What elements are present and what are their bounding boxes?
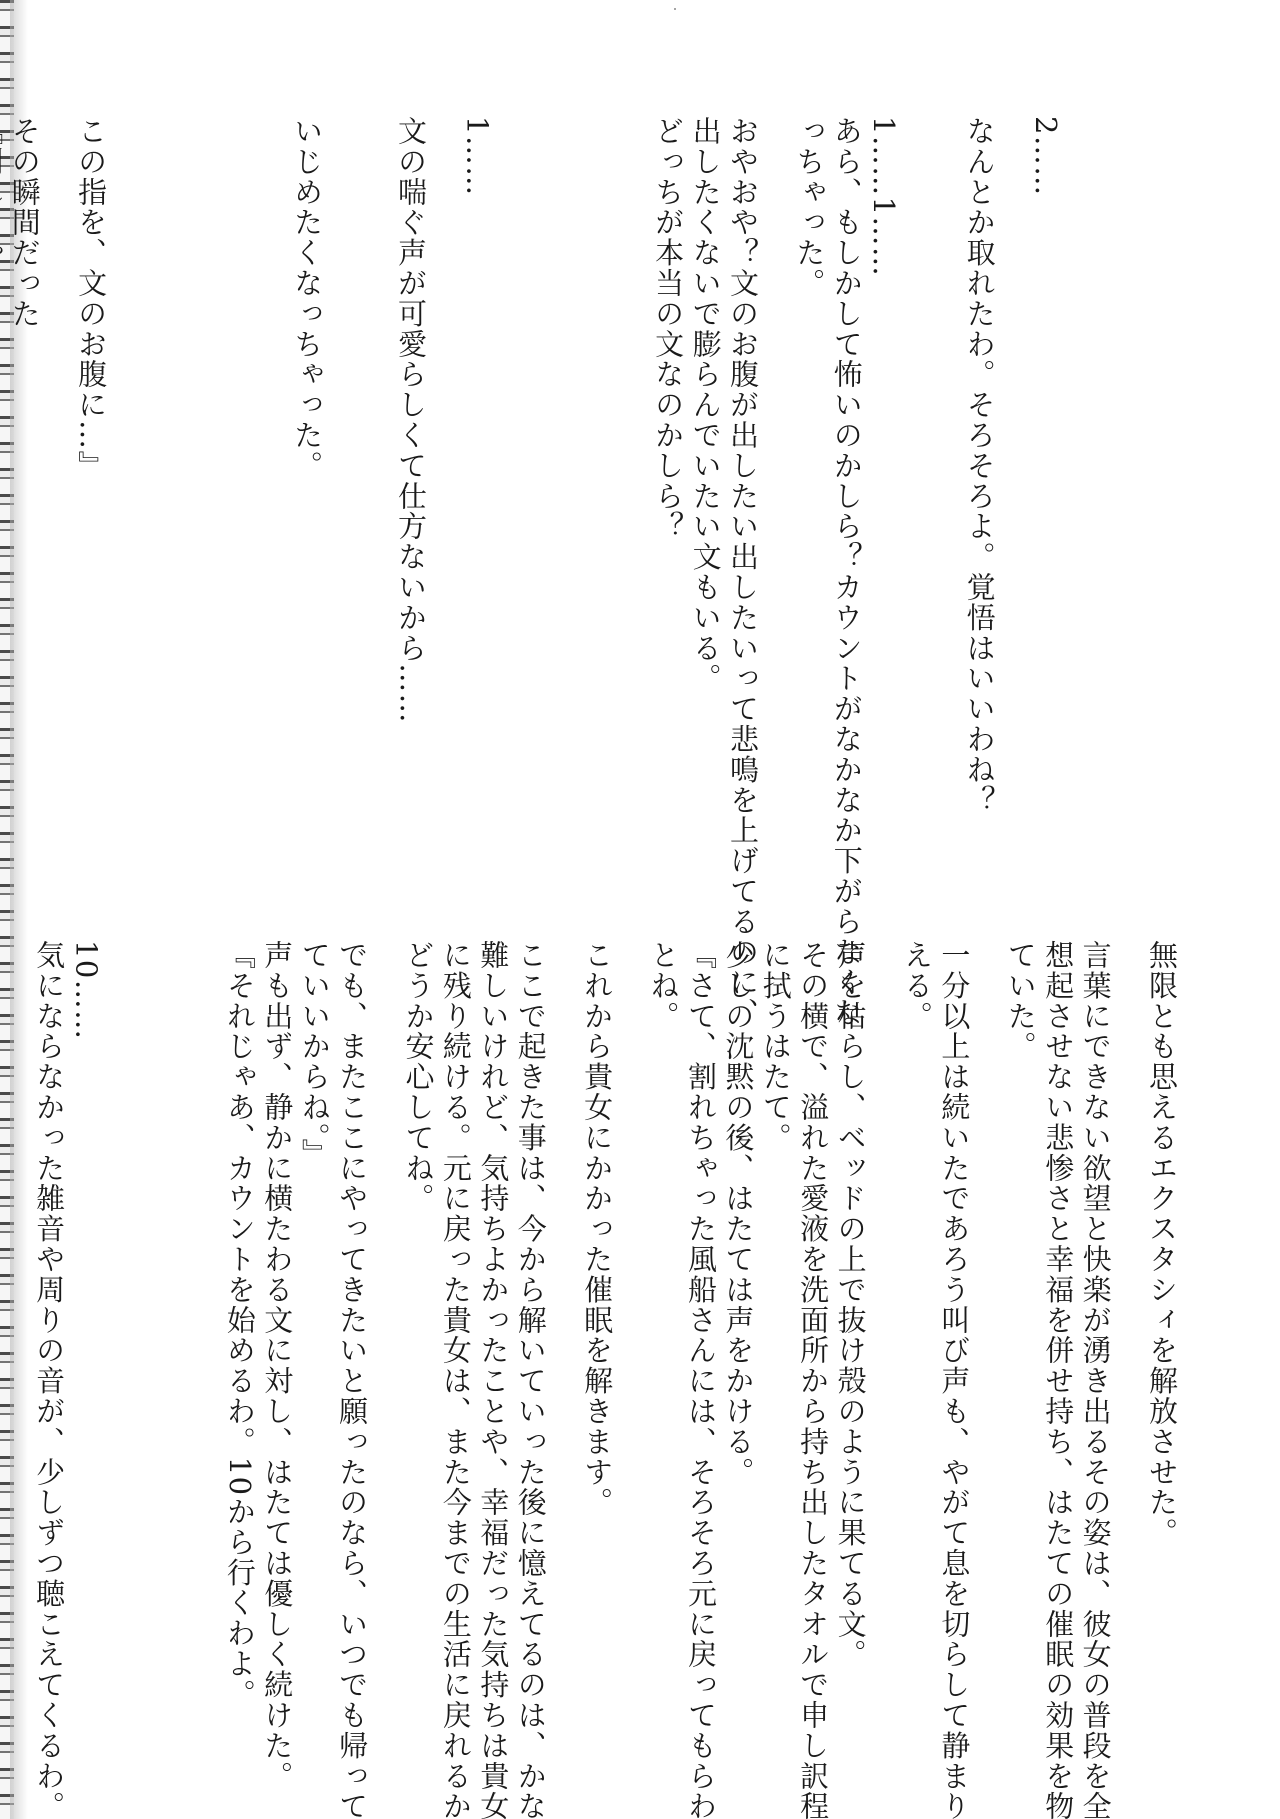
text-line: ​ (611, 116, 648, 856)
text-line: 難しいけれど、気持ちよかったことや、幸福だった気持ちは貴女の中 (474, 940, 511, 1680)
text-line: ​ (213, 116, 250, 856)
text-line: 文の喘ぐ声が可愛らしくて仕方ないから…… (392, 116, 458, 856)
text-line: とね。 (644, 940, 681, 1680)
text-line: どうか安心してね。 (399, 940, 436, 1680)
bottom-text-block: 無限とも思えるエクスタシィを解放させた。言葉にできない欲望と快楽が湧き出るその姿… (80, 940, 1180, 1680)
text-line: 9……8…… (0, 940, 30, 1680)
text-line: ここで起きた事は、今から解いていった後に憶えてるのは、かなり (511, 940, 577, 1680)
text-line: 『割れちゃえ！！』 (0, 116, 5, 856)
text-line: ていた。 (1001, 940, 1038, 1680)
text-line: 想起させない悲惨さと幸福を併せ持ち、はたての催眠の効果を物語っ (1039, 940, 1076, 1680)
text-line: 言葉にできない欲望と快楽が湧き出るその姿は、彼女の普段を全く (1076, 940, 1142, 1680)
text-line: 一分以上は続いたであろう叫び声も、やがて息を切らして静まりか (935, 940, 1001, 1680)
text-line: その瞬間だった (5, 116, 71, 856)
text-line: あら、もしかして怖いのかしら？カウントがなかなか下がらなくな (827, 116, 864, 856)
text-line: この指を、文のお腹に…』 (72, 116, 138, 856)
text-line: 1……1…… (865, 116, 960, 856)
text-line: っちゃった。 (790, 116, 827, 856)
text-line: でも、またここにやってきたいと願ったのなら、いつでも帰ってき (333, 940, 399, 1680)
text-line: に拭うはたて。 (756, 940, 793, 1680)
text-line: 出したくないで膨らんでいたい文もいる。 (686, 116, 723, 856)
text-line: 2…… (1027, 116, 1180, 856)
text-line: いじめたくなっちゃった。 (288, 116, 354, 856)
text-line: 声を枯らし、ベッドの上で抜け殻のように果てる文。 (831, 940, 897, 1680)
text-line: なんとか取れたわ。そろそろよ。覚悟はいいわね？ (960, 116, 1026, 856)
text-line: ​ (176, 116, 213, 856)
text-line: 声も出ず、静かに横たわる文に対し、はたては優しく続けた。 (258, 940, 295, 1680)
scan-speck (674, 8, 676, 10)
text-line: ​ (354, 116, 391, 856)
text-line: おやおや？文のお腹が出したい出したいって悲鳴を上げてるのに、 (724, 116, 790, 856)
text-line: その横で、溢れた愛液を洗面所から持ち出したタオルで申し訳程度 (794, 940, 831, 1680)
text-line: ​ (138, 116, 175, 856)
text-line: 無限とも思えるエクスタシィを解放させた。 (1143, 940, 1180, 1680)
text-line: 1…… (458, 116, 611, 856)
text-line: 気にならなかった雑音や周りの音が、少しずつ聴こえてくるわ。 (30, 940, 67, 1680)
text-line: える。 (898, 940, 935, 1680)
text-line: これから貴女にかかった催眠を解きます。 (578, 940, 644, 1680)
text-line: ていいからね。』 (295, 940, 332, 1680)
text-line: 10…… (67, 940, 220, 1680)
top-text-block: 2……なんとか取れたわ。そろそろよ。覚悟はいいわね？1……1……あら、もしかして… (80, 116, 1180, 856)
text-line: 『さて、割れちゃった風船さんには、そろそろ元に戻ってもらわない (682, 940, 719, 1680)
text-line: ​ (250, 116, 287, 856)
text-line: に残り続ける。元に戻った貴女は、また今までの生活に戻れるから、 (437, 940, 474, 1680)
text-line: 少しの沈黙の後、はたては声をかける。 (719, 940, 756, 1680)
text-line: どっちが本当の文なのかしら？ (649, 116, 686, 856)
text-line: 『それじゃあ、カウントを始めるわ。10から行くわよ。 (220, 940, 257, 1680)
